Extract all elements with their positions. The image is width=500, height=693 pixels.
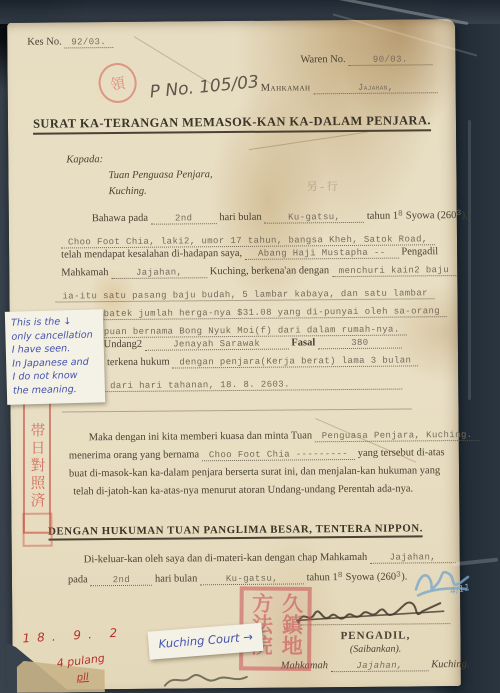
body-line-4: Mahkamah Jajahan, Kuching, berkena'an de… bbox=[61, 264, 456, 279]
saibankan-label: (Saibankan). bbox=[301, 643, 451, 655]
body-line-1: Bahawa pada 2nd hari bulan Ku-gatsu, tah… bbox=[92, 209, 468, 225]
red-word-note: 4 pulang bbox=[56, 652, 105, 670]
plastic-glare bbox=[468, 120, 471, 400]
note-line: In Japanese and bbox=[12, 355, 102, 371]
mahkamah-value: Jajahan, bbox=[314, 82, 438, 94]
document-title: SURAT KA-TERANGAN MEMASOK-KAN KA-DALAM P… bbox=[8, 111, 456, 135]
kes-no-label: Kes No. bbox=[27, 36, 62, 47]
waren-no-value: 90/03. bbox=[348, 54, 432, 66]
auth-line-4: telah di-jatoh-kan ka-atas-nya menurut a… bbox=[73, 483, 413, 497]
auth-line-1: Maka dengan ini kita memberi kuasa dan m… bbox=[89, 429, 480, 444]
pencil-squiggle bbox=[161, 671, 251, 688]
kes-no-line: Kes No. 92/03. bbox=[27, 36, 113, 49]
closing-line-1: Di-keluar-kan oleh saya dan di-materi-ka… bbox=[84, 551, 456, 566]
note-line: only cancellation bbox=[11, 328, 101, 344]
paper-crease bbox=[249, 131, 368, 150]
auth-line-3: buat di-masok-kan ka-dalam penjara berse… bbox=[69, 465, 440, 479]
body-line-9: dan sudah terkena hukum dengan penjara(K… bbox=[62, 354, 418, 369]
nippon-heading: DENGAN HUKUMAN TUAN PANGLIMA BESAR, TENT… bbox=[11, 518, 459, 541]
partial-red-stamp bbox=[22, 513, 52, 547]
faint-pencil-marks: 另 - 行 bbox=[306, 178, 337, 194]
court-header-line: Mahkamah Jajahan, bbox=[261, 81, 438, 95]
document-paper: Kes No. 92/03. Waren No. 90/03. P No. 10… bbox=[7, 19, 461, 690]
kes-no-value: 92/03. bbox=[64, 37, 113, 48]
kapada-label: Kapada: bbox=[66, 154, 103, 165]
auth-line-2: menerima orang yang bernama Choo Foot Ch… bbox=[69, 447, 445, 462]
body-line-3: telah mendapat kesalahan di-hadapan saya… bbox=[61, 246, 438, 261]
empty-dotted-line bbox=[62, 390, 411, 412]
addressee-line2: Kuching. bbox=[109, 186, 147, 197]
photo-of-document: Kes No. 92/03. Waren No. 90/03. P No. 10… bbox=[0, 0, 500, 693]
addressee-line1: Tuan Penguasa Penjara, bbox=[108, 169, 212, 181]
blue-pencil-scribble bbox=[410, 559, 472, 608]
red-round-chop-seal: 領 bbox=[96, 60, 139, 105]
closing-line-2: pada 2nd hari bulan Ku-gatsu, tahun 18 S… bbox=[68, 570, 408, 586]
waren-no-label: Waren No. bbox=[300, 54, 345, 65]
sticky-note-cancellation: This is the ↓ only cancellation I have s… bbox=[5, 309, 105, 404]
waren-no-line: Waren No. 90/03. bbox=[300, 53, 432, 66]
red-word-note-2: pll bbox=[76, 672, 89, 684]
handwritten-p-number: P No. 105/03 bbox=[149, 72, 260, 102]
note-line: the meaning. bbox=[13, 382, 103, 398]
mahkamah-label: Mahkamah bbox=[261, 82, 311, 93]
body-line-8: di-bawah Undang2 Jenayah Sarawak Fasal 3… bbox=[62, 337, 402, 352]
red-date-note: 18. 9. 2 bbox=[22, 625, 124, 645]
